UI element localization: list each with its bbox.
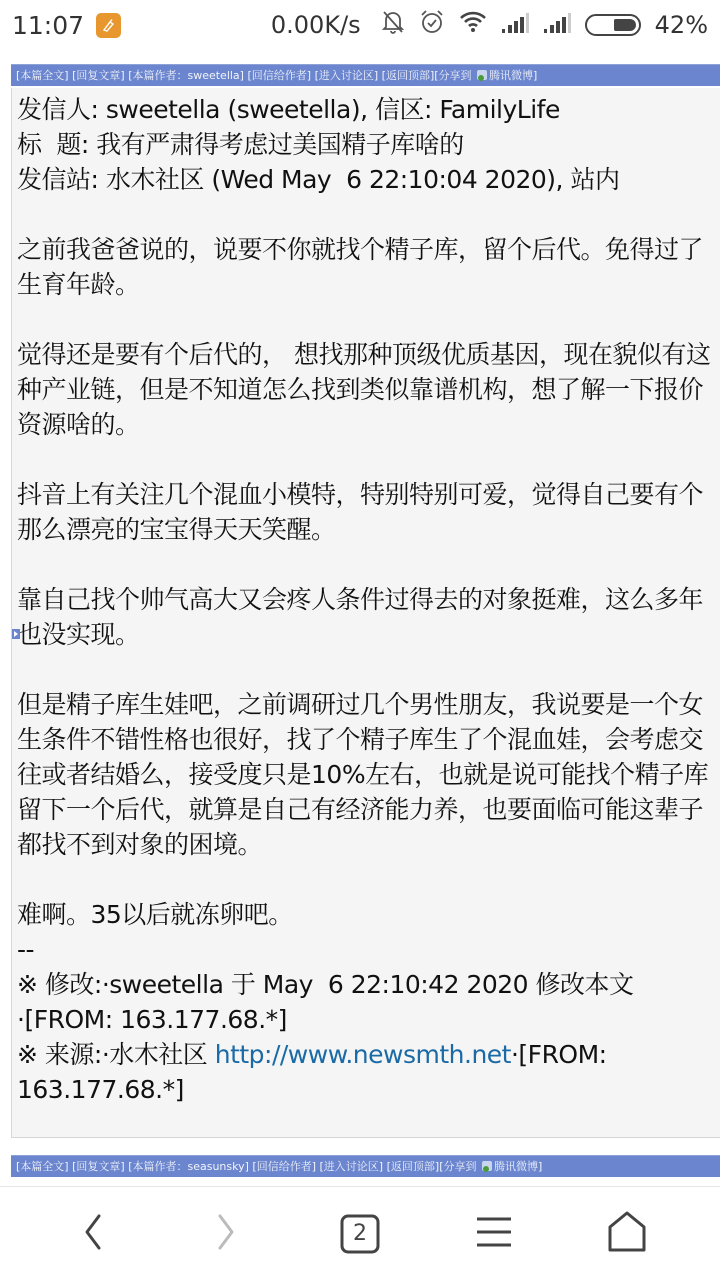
menu-button[interactable] [464, 1204, 524, 1264]
post-action-bar: [本篇全文] [回复文章] [本篇作者：sweetella] [回信给作者] [… [11, 64, 720, 86]
weibo-icon [477, 70, 487, 80]
bell-muted-icon [381, 9, 405, 41]
status-bar: 11:07 0.00K/s 42% [0, 0, 720, 50]
battery-icon [585, 14, 641, 36]
wifi-icon [459, 11, 487, 39]
back-to-top-link[interactable]: [返回顶部] [382, 69, 435, 82]
enter-board-link[interactable]: [进入讨论区] [320, 1160, 384, 1173]
back-button[interactable] [63, 1204, 123, 1264]
post-action-bar: [本篇全文] [回复文章] [本篇作者：seasunsky] [回信给作者] [… [11, 1155, 720, 1177]
battery-percent: 42% [655, 11, 708, 39]
post-paragraph: 难啊。35以后就冻卵吧。 [17, 897, 720, 932]
mail-author-link[interactable]: [回信给作者] [252, 1160, 316, 1173]
weibo-icon [482, 1161, 492, 1171]
newsmth-link[interactable]: http://www.newsmth.net [215, 1040, 511, 1069]
source-prefix: ※ 来源:·水木社区 [17, 1040, 215, 1069]
home-button[interactable] [597, 1204, 657, 1264]
share-label: [分享到 [434, 69, 471, 82]
post-paragraph: 抖音上有关注几个混血小模特，特别特别可爱，觉得自己要有个那么漂亮的宝宝得天天笑醒… [17, 477, 720, 547]
share-label: [分享到 [439, 1160, 476, 1173]
modified-note: ※ 修改:·sweetella 于 May 6 22:10:42 2020 修改… [17, 967, 720, 1037]
alarm-icon [419, 9, 445, 41]
tab-count: 2 [353, 1221, 367, 1246]
web-page: [本篇全文] [回复文章] [本篇作者：sweetella] [回信给作者] [… [0, 50, 720, 1180]
post-content: 发信人: sweetella (sweetella), 信区: FamilyLi… [11, 88, 720, 1138]
post-paragraph: 觉得还是要有个后代的， 想找那种顶级优质基因，现在貌似有这种产业链，但是不知道怎… [17, 337, 720, 442]
browser-bottom-nav: 2 [0, 1186, 720, 1280]
network-speed: 0.00K/s [271, 11, 361, 39]
expand-marker-icon[interactable] [12, 629, 20, 639]
post-station: 发信站: 水木社区 (Wed May 6 22:10:04 2020), 站内 [17, 162, 720, 197]
source-note: ※ 来源:·水木社区 http://www.newsmth.net·[FROM:… [17, 1037, 720, 1107]
status-time: 11:07 [12, 11, 84, 40]
cleaner-app-icon [96, 13, 121, 38]
full-article-link[interactable]: [本篇全文] [16, 1160, 69, 1173]
post-sender: 发信人: sweetella (sweetella), 信区: FamilyLi… [17, 92, 720, 127]
status-indicators: 0.00K/s 42% [271, 9, 708, 41]
post-paragraph: 但是精子库生娃吧，之前调研过几个男性朋友，我说要是一个女生条件不错性格也很好，找… [17, 687, 720, 862]
post-paragraph: 靠自己找个帅气高大又会疼人条件过得去的对象挺难，这么多年也没实现。 [17, 582, 720, 652]
author-link[interactable]: [本篇作者：seasunsky] [128, 1160, 249, 1173]
back-to-top-link[interactable]: [返回顶部] [387, 1160, 440, 1173]
mail-author-link[interactable]: [回信给作者] [247, 69, 311, 82]
author-link[interactable]: [本篇作者：sweetella] [128, 69, 244, 82]
share-weibo-link[interactable]: 腾讯微博] [494, 1160, 542, 1173]
signature-separator: -- [17, 932, 720, 967]
chevron-right-icon [214, 1212, 238, 1256]
signal-icon [501, 11, 529, 39]
hamburger-menu-icon [475, 1215, 513, 1253]
chevron-left-icon [81, 1212, 105, 1256]
post-paragraph: 之前我爸爸说的，说要不你就找个精子库，留个后代。免得过了生育年龄。 [17, 232, 720, 302]
reply-article-link[interactable]: [回复文章] [72, 1160, 125, 1173]
forward-button[interactable] [196, 1204, 256, 1264]
enter-board-link[interactable]: [进入讨论区] [315, 69, 379, 82]
share-weibo-link[interactable]: 腾讯微博] [489, 69, 537, 82]
full-article-link[interactable]: [本篇全文] [16, 69, 69, 82]
signal-icon [543, 11, 571, 39]
reply-article-link[interactable]: [回复文章] [72, 69, 125, 82]
post-title: 标 题: 我有严肃得考虑过美国精子库啥的 [17, 127, 720, 162]
tabs-button[interactable]: 2 [330, 1204, 390, 1264]
home-icon [607, 1211, 647, 1257]
